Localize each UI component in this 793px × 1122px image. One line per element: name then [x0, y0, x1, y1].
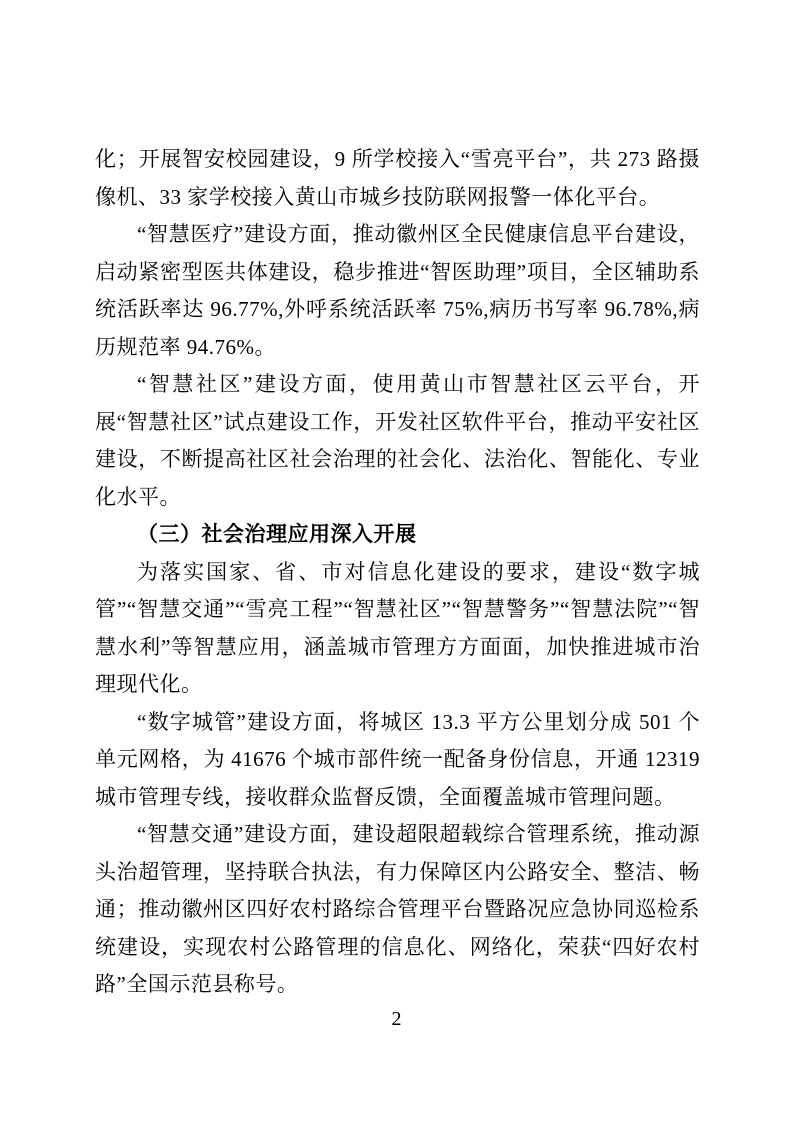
paragraph-continuation: 化；开展智安校园建设，9 所学校接入“雪亮平台”，共 273 路摄像机、33 家… — [95, 141, 700, 216]
paragraph-digital-city-management: “数字城管”建设方面，将城区 13.3 平方公里划分成 501 个单元网格，为 … — [95, 704, 700, 817]
section-heading: （三）社会治理应用深入开展 — [95, 516, 700, 554]
page-number: 2 — [392, 1008, 402, 1030]
page-footer: 2 — [0, 1005, 793, 1033]
document-page: 化；开展智安校园建设，9 所学校接入“雪亮平台”，共 273 路摄像机、33 家… — [0, 0, 793, 1122]
paragraph-smart-healthcare: “智慧医疗”建设方面，推动徽州区全民健康信息平台建设，启动紧密型医共体建设，稳步… — [95, 216, 700, 366]
document-body: 化；开展智安校园建设，9 所学校接入“雪亮平台”，共 273 路摄像机、33 家… — [95, 141, 700, 1004]
paragraph-social-governance-overview: 为落实国家、省、市对信息化建设的要求，建设“数字城管”“智慧交通”“雪亮工程”“… — [95, 554, 700, 704]
paragraph-smart-community: “智慧社区”建设方面，使用黄山市智慧社区云平台，开展“智慧社区”试点建设工作，开… — [95, 366, 700, 516]
paragraph-smart-transportation: “智慧交通”建设方面，建设超限超载综合管理系统，推动源头治超管理，坚持联合执法，… — [95, 816, 700, 1004]
